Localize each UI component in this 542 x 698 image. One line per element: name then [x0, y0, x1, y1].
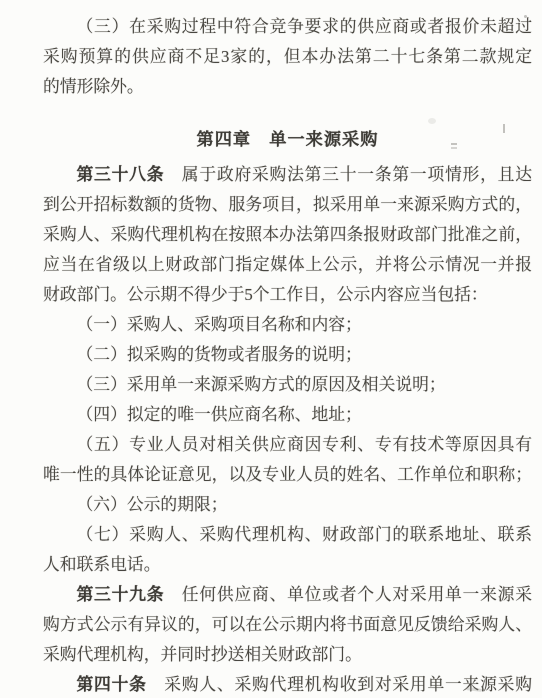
- doc-line: 的情形除外。: [43, 72, 532, 102]
- doc-line: 应当在省级以上财政部门指定媒体上公示，并将公示情况一并报: [43, 250, 532, 280]
- list-item-line: （七）采购人、采购代理机构、财政部门的联系地址、联系: [43, 520, 532, 550]
- list-item-line: （五）专业人员对相关供应商因专利、专有技术等原因具有: [43, 430, 532, 460]
- doc-line: 第三十九条 任何供应商、单位或者个人对采用单一来源采: [43, 580, 532, 610]
- doc-line: 第四十条 采购人、采购代理机构收到对采用单一来源采购: [43, 670, 532, 698]
- list-item-line: （六）公示的期限；: [43, 490, 532, 520]
- doc-line-text: 属于政府采购法第三十一条第一项情形，且达: [164, 165, 532, 184]
- document-body: （三）在采购过程中符合竞争要求的供应商或者报价未超过 采购预算的供应商不足3家的…: [43, 12, 532, 698]
- doc-line-text: 任何供应商、单位或者个人对采用单一来源采: [164, 585, 532, 604]
- list-item-line: （四）拟定的唯一供应商名称、地址；: [43, 400, 532, 430]
- doc-line: 到公开招标数额的货物、服务项目，拟采用单一来源采购方式的，: [43, 190, 532, 220]
- list-item-line: （二）拟采购的货物或者服务的说明；: [43, 340, 532, 370]
- article-39-label: 第三十九条: [77, 585, 165, 604]
- doc-line: 财政部门。公示期不得少于5个工作日，公示内容应当包括：: [43, 280, 532, 310]
- doc-line: 唯一性的具体论证意见，以及专业人员的姓名、工作单位和职称；: [43, 460, 532, 490]
- list-item-line: （三）采用单一来源采购方式的原因及相关说明；: [43, 370, 532, 400]
- doc-line: 人和联系电话。: [43, 550, 532, 580]
- doc-line: 采购人、采购代理机构在按照本办法第四条报财政部门批准之前，: [43, 220, 532, 250]
- chapter-heading: 第四章 单一来源采购: [43, 125, 532, 155]
- doc-line: 第三十八条 属于政府采购法第三十一条第一项情形，且达: [43, 160, 532, 190]
- list-item-line: （一）采购人、采购项目名称和内容；: [43, 310, 532, 340]
- scanned-document-page: （三）在采购过程中符合竞争要求的供应商或者报价未超过 采购预算的供应商不足3家的…: [0, 0, 542, 698]
- article-38-label: 第三十八条: [77, 165, 165, 184]
- doc-line: 采购代理机构，并同时抄送相关财政部门。: [43, 640, 532, 670]
- doc-line: 采购预算的供应商不足3家的，但本办法第二十七条第二款规定: [43, 42, 532, 72]
- doc-line: 购方式公示有异议的，可以在公示期内将书面意见反馈给采购人、: [43, 610, 532, 640]
- doc-line: （三）在采购过程中符合竞争要求的供应商或者报价未超过: [43, 12, 532, 42]
- article-40-label: 第四十条: [77, 675, 147, 694]
- doc-line-text: 采购人、采购代理机构收到对采用单一来源采购: [147, 675, 532, 694]
